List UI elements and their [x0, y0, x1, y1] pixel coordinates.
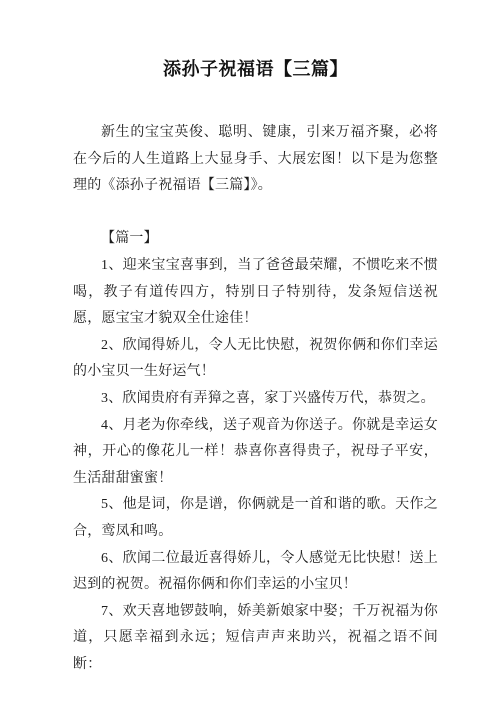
blessing-item-7: 7、欢天喜地锣鼓响，娇美新娘家中娶；千万祝福为你道，只愿幸福到永远；短信声声来助…	[73, 599, 438, 679]
blessing-item-1: 1、迎来宝宝喜事到，当了爸爸最荣耀，不惯吃来不惯喝，教子有道传四方，特别日子特别…	[73, 253, 438, 333]
section-heading-part-one: 【篇一】	[73, 226, 438, 253]
blessing-item-3: 3、欣闻贵府有弄獐之喜，家丁兴盛传万代，恭贺之。	[73, 386, 438, 413]
blessing-item-6: 6、欣闻二位最近喜得娇儿，令人感觉无比快慰！送上迟到的祝贺。祝福你俩和你们幸运的…	[73, 546, 438, 599]
blessing-item-4: 4、月老为你牵线，送子观音为你送子。你就是幸运女神，开心的像花儿一样！恭喜你喜得…	[73, 413, 438, 493]
document-body: 新生的宝宝英俊、聪明、键康，引来万福齐聚，必将在今后的人生道路上大显身手、大展宏…	[73, 120, 438, 678]
document-page: 添孙子祝福语【三篇】 新生的宝宝英俊、聪明、键康，引来万福齐聚，必将在今后的人生…	[0, 0, 496, 702]
blessing-item-5: 5、他是词，你是谱，你俩就是一首和谐的歌。天作之合，鸾凤和鸣。	[73, 492, 438, 545]
intro-paragraph: 新生的宝宝英俊、聪明、键康，引来万福齐聚，必将在今后的人生道路上大显身手、大展宏…	[73, 120, 438, 200]
blessing-item-2: 2、欣闻得娇儿，令人无比快慰，祝贺你俩和你们幸运的小宝贝一生好运气！	[73, 333, 438, 386]
document-title: 添孙子祝福语【三篇】	[73, 58, 438, 80]
